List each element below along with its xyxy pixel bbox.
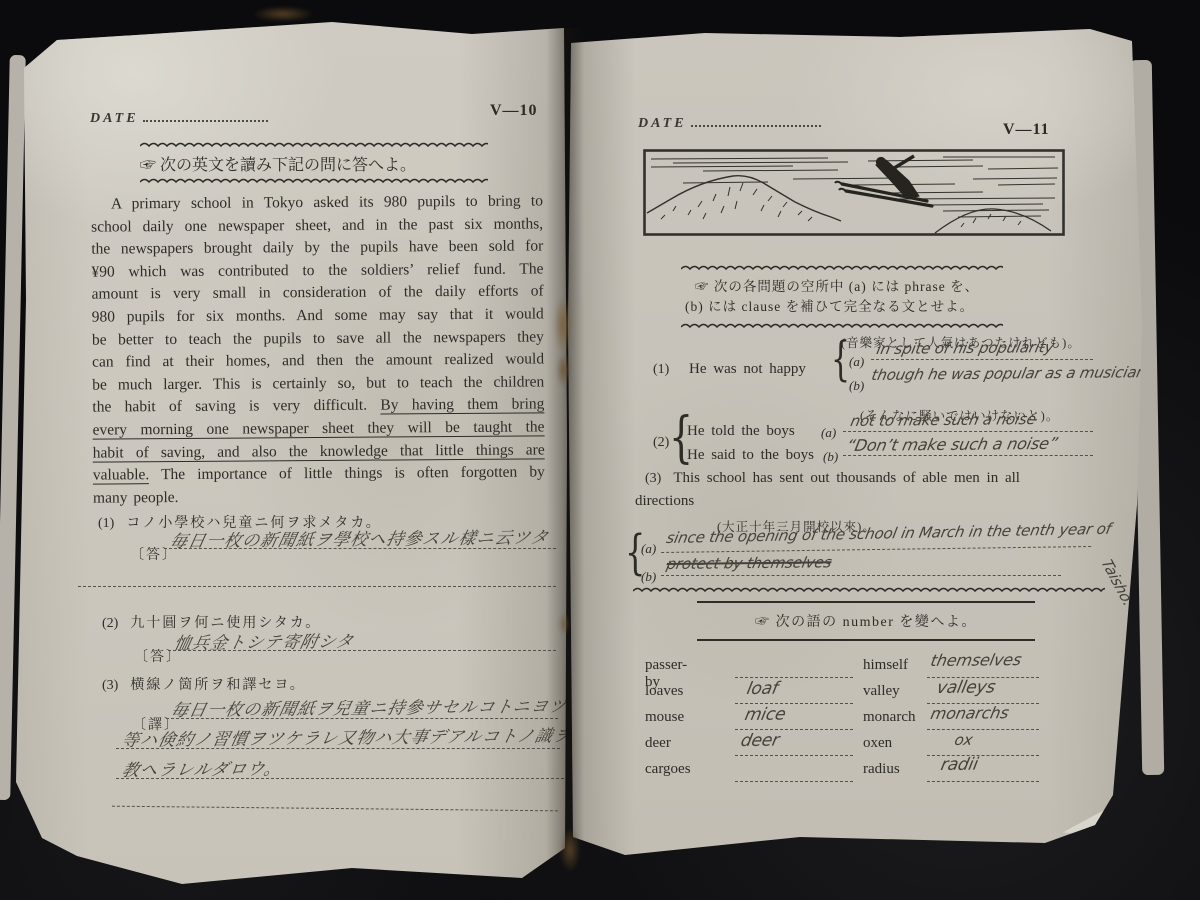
paragraph-line: the newspapers brought daily by the pupi… — [91, 236, 543, 262]
page-number-right: V—11 — [1003, 121, 1050, 139]
item-1-a-handwriting: in spite of his popularity — [875, 338, 1055, 358]
item-1-number: (1) — [653, 362, 669, 378]
manicule-icon: ☞ — [695, 279, 710, 294]
wavy-rule — [681, 263, 1003, 271]
paragraph-line: every morning one newspaper sheet they w… — [92, 416, 544, 442]
paragraph-line: valuable. The importance of little thing… — [93, 462, 545, 488]
ski-jump-illustration — [643, 149, 1065, 242]
number-section-title: 次の語の number を變へよ。 — [776, 615, 977, 630]
date-field-left: DATE — [90, 108, 268, 127]
item-2-a-label: (a) — [821, 425, 836, 441]
skier-figure — [835, 156, 932, 206]
item-3-stem: (3) This school has sent out thousands o… — [645, 469, 1095, 487]
number-section-banner: ☞ 次の語の number を變へよ。 — [697, 601, 1035, 641]
answer-2-handwriting: 恤兵金トシテ寄附シタ — [172, 627, 357, 654]
item-3-stem-2: directions — [635, 493, 694, 510]
page-corner-fold — [1062, 789, 1128, 841]
wavy-rule — [140, 140, 488, 148]
date-ruled-line — [143, 108, 268, 122]
brace: { — [831, 333, 850, 387]
date-ruled-line — [691, 113, 821, 127]
book-photo: DATE V—10 ☞ 次の英文を讀み下記の問に答へよ。 A primary s… — [0, 0, 1200, 900]
question-3-text: 横線ノ箇所ヲ和譯セヨ。 — [130, 678, 305, 693]
stain — [560, 828, 580, 872]
wavy-rule — [633, 585, 1105, 593]
paragraph-line: be better to teach the pupils to save al… — [92, 326, 544, 352]
paragraph-line: the habit of saving is very difficult. B… — [92, 394, 544, 420]
item-3-b-handwriting-struck: protect by themselves — [665, 553, 833, 573]
item-3-a-label: (a) — [641, 541, 656, 557]
translation-handwriting-2: 等ハ倹約ノ習慣ヲツケラレ又物ハ大事デアルコトノ識ヲ — [120, 721, 574, 751]
date-field-right: DATE — [638, 113, 821, 132]
item-1-a-label: (a) — [849, 354, 864, 370]
item-2-b-label: (b) — [823, 449, 838, 465]
item-1-b-label: (b) — [849, 378, 864, 394]
paragraph-line: many people. — [93, 484, 545, 510]
reading-passage: A primary school in Tokyo asked its 980 … — [91, 190, 545, 509]
stain — [559, 612, 569, 636]
manicule-icon: ☞ — [140, 157, 156, 174]
manicule-icon: ☞ — [755, 615, 771, 630]
paragraph-line: be much larger. This is certainly so, bu… — [92, 371, 544, 397]
stain — [556, 352, 571, 388]
translation-handwriting-3: 教ヘラレルダロウ。 — [120, 754, 285, 781]
stain — [252, 6, 314, 22]
item-2-number: (2) — [653, 435, 669, 451]
item-3-b-label: (b) — [641, 569, 656, 585]
banner-line-2: (b) には clause を補ひて完全なる文とせよ。 — [685, 295, 995, 315]
banner-text: 次の英文を讀み下記の問に答へよ。 — [160, 157, 416, 174]
item-1-b-handwriting: though he was popular as a musician, — [870, 363, 1152, 384]
item-2-a-handwriting: not to make such a noise — [849, 410, 1038, 430]
item-3-a-tail-handwriting: Taisho. — [1097, 557, 1138, 608]
page-number-left: V—10 — [490, 102, 538, 120]
answer-1-handwriting: 毎日一枚の新聞紙ヲ學校ヘ持參スル樣ニ云ツタ — [168, 523, 552, 552]
wavy-rule — [140, 176, 488, 184]
paragraph-line: school daily one newspaper sheet, and in… — [91, 213, 543, 239]
left-page: DATE V—10 ☞ 次の英文を讀み下記の問に答へよ。 A primary s… — [12, 22, 568, 884]
date-label: DATE — [90, 111, 139, 126]
right-page: DATE V—11 — [565, 25, 1153, 867]
paragraph-line: can find at their homes, and then the am… — [92, 349, 544, 375]
wavy-rule — [681, 321, 1003, 329]
banner-line-1: 次の各問題の空所中 (a) には phrase を、 — [714, 279, 979, 294]
item-1-stem: He was not happy — [689, 361, 806, 378]
paragraph-line: A primary school in Tokyo asked its 980 … — [91, 190, 543, 216]
date-label: DATE — [638, 116, 687, 131]
paragraph-line: habit of saving, and also the knowledge … — [93, 439, 545, 465]
ruled-line — [112, 790, 558, 812]
question-3: (3) 横線ノ箇所ヲ和譯セヨ。 — [102, 674, 306, 694]
stain — [554, 296, 572, 354]
translation-handwriting-1: 毎日一枚の新聞紙ヲ兒童ニ持參サセルコトニヨツテ兒童 — [169, 691, 624, 721]
paragraph-line: ¥90 which was contributed to the soldier… — [91, 258, 543, 284]
ruled-line — [78, 570, 556, 587]
item-2-stem-b: He said to the boys — [687, 447, 814, 464]
item-2-stem-a: He told the boys — [687, 423, 795, 440]
paragraph-line: 980 pupils for six months. And some may … — [92, 303, 544, 329]
paragraph-line: amount is very small in consideration of… — [92, 281, 544, 307]
item-2-b-handwriting: “Don’t make such a noise” — [845, 434, 1059, 455]
